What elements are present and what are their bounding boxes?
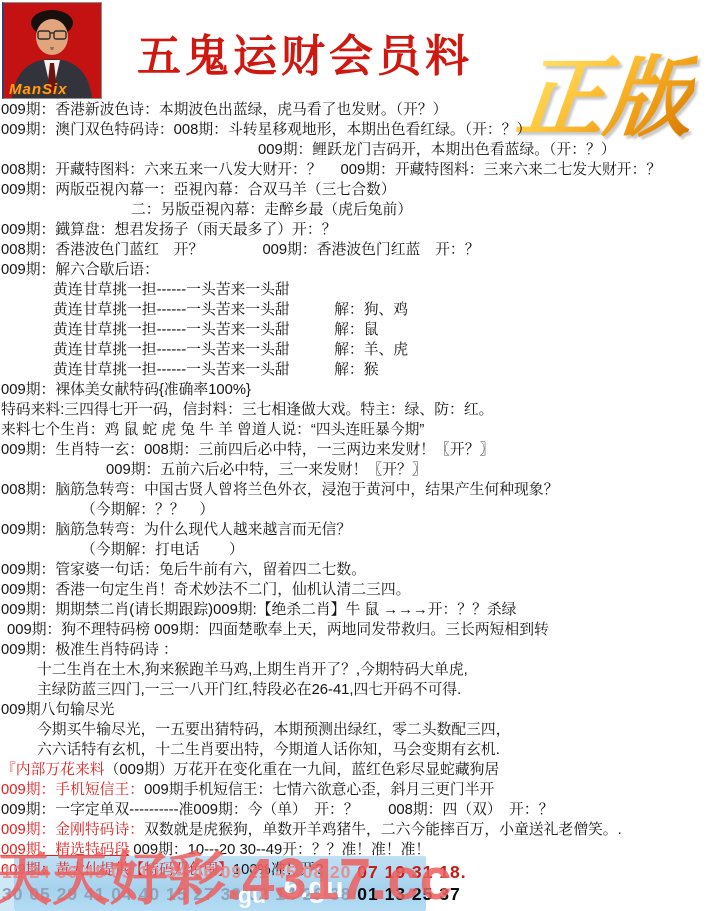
text-line: 二：另版亞視內幕：走醉乡最（虎后兔前） xyxy=(1,200,723,220)
text-line: 009期：手机短信王：009期手机短信王：七情六欲意心歪，斜月三更门半开 xyxy=(1,780,723,800)
line-text: 009期：澳门双色特码诗：008期：斗转星移观地形，本期出色看红绿。（开：？） xyxy=(1,122,531,138)
presenter-photo: ManSix xyxy=(2,2,102,99)
line-text: 009期：脑筋急转弯：为什么现代人越来越言而无信？ xyxy=(1,522,351,538)
text-line: 009期：生肖特一玄：008期：三前四后必中特，一三两边来发财！〖开？〗 xyxy=(1,440,723,460)
text-line: 今期买牛输尽光，一五要出猜特码，本期预测出绿红，零二头数配三四， xyxy=(1,720,723,740)
line-text: 主绿防蓝三四门,一三一八开门红,特段必在26-41,四七开码不可得. xyxy=(37,682,461,698)
line-text: 009期手机短信王：七情六欲意心歪，斜月三更门半开 xyxy=(144,782,494,798)
line-text: 今期买牛输尽光，一五要出猜特码，本期预测出绿红，零二头数配三四， xyxy=(37,722,511,738)
line-text: 十二生肖在土木,狗来猴跑羊马鸡,上期生肖开了？,今期特码大单虎, xyxy=(37,662,468,678)
text-line: 黄连甘草挑一担------一头苦来一头甜 解：羊、虎 xyxy=(1,340,723,360)
line-text: 009期：管家婆一句话：兔后牛前有六，留着四二七数。 xyxy=(1,562,366,578)
text-line: 008期：开藏特图料：六来五来一八发大财开：？ 009期：开藏特图料：三来六来二… xyxy=(1,160,723,180)
line-text: 009期八句输尽光 xyxy=(1,702,114,718)
text-line: 009期：裸体美女献特码{准确率100%} xyxy=(1,380,723,400)
line-text: 009期：狗不理特码榜 009期：四面楚歌奉上天，两地同发带救归。三长两短相到转 xyxy=(7,622,549,638)
line-text: 来料七个生肖：鸡 鼠 蛇 虎 兔 牛 羊 曾道人说：“四头连旺暴今期” xyxy=(1,422,424,438)
text-line: 『内部万花来料（009期）万花开在变化重在一九间，蓝红色彩尽显蛇藏狗居 xyxy=(1,760,723,780)
line-text: （今期解：？？ ） xyxy=(81,502,214,518)
line-text: 009期：解六合歇后语： xyxy=(1,262,159,278)
text-line: 009期：解六合歇后语： xyxy=(1,260,723,280)
text-line: 009期：一字定单双----------准009期：今（单） 开：？ 008期：… xyxy=(1,800,723,820)
text-line: 009期：澳门双色特码诗：008期：斗转星移观地形，本期出色看红绿。（开：？） xyxy=(1,120,723,140)
line-text: 009期：极准生肖特码诗 ： xyxy=(1,642,178,658)
text-line: 009期：香港新波色诗：本期波色出蓝绿，虎马看了也发财。（开？） xyxy=(1,100,723,120)
text-line: 009期：期期禁二肖(请长期跟踪)009期:【绝杀二肖】牛 鼠 →→→开：？？杀… xyxy=(1,600,723,620)
text-line: 009期：极准生肖特码诗 ： xyxy=(1,640,723,660)
text-line: 主绿防蓝三四门,一三一八开门红,特段必在26-41,四七开码不可得. xyxy=(1,680,723,700)
page: ManSix 五鬼运财会员料 正版 009期：香港新波色诗：本期波色出蓝绿，虎马… xyxy=(0,0,723,911)
line-text: 六六话特有玄机，十二生肖要出特，今期道人话你知，马会变期有玄机. xyxy=(37,742,500,758)
photo-caption: ManSix xyxy=(9,81,68,98)
line-text: 009期：生肖特一玄：008期：三前四后必中特，一三两边来发财！〖开？〗 xyxy=(1,442,494,458)
line-red-label: 009期：手机短信王： xyxy=(1,782,144,798)
line-text: 009期：香港一句定生肖！奇术妙法不二门，仙机认清二三四。 xyxy=(1,582,410,598)
line-text: 黄连甘草挑一担------一头苦来一头甜 解：狗、鸡 xyxy=(53,302,408,318)
line-text: （今期解：打电话 ） xyxy=(81,542,244,558)
line-text: 009期：两版亞視內幕一：亞視內幕：合双马羊（三七合数） xyxy=(1,182,396,198)
line-text: 特码来料:三四得七开一码，信封料：三七相逢做大戏。特主：绿、防：红。 xyxy=(1,402,493,418)
text-line: 009期：鲤跃龙门吉码开，本期出色看蓝绿。（开：？） xyxy=(1,140,723,160)
line-text: 008期：开藏特图料：六来五来一八发大财开：？ 009期：开藏特图料：三来六来二… xyxy=(1,162,661,178)
text-line: 009期：狗不理特码榜 009期：四面楚歌奉上天，两地同发带救归。三长两短相到转 xyxy=(1,620,723,640)
content-lines: 009期：香港新波色诗：本期波色出蓝绿，虎马看了也发财。（开？）009期：澳门双… xyxy=(1,100,723,880)
site-watermark: 天天好彩.4317.cc xyxy=(0,832,452,911)
line-text: 009期：期期禁二肖(请长期跟踪)009期:【绝杀二肖】牛 鼠 →→→开：？？杀… xyxy=(1,602,516,618)
line-text: 009期：香港新波色诗：本期波色出蓝绿，虎马看了也发财。（开？） xyxy=(1,102,447,118)
text-line: 黄连甘草挑一担------一头苦来一头甜 xyxy=(1,280,723,300)
text-line: 009期：香港一句定生肖！奇术妙法不二门，仙机认清二三四。 xyxy=(1,580,723,600)
line-text: 009期：五前六后必中特，三一来发财！〖开？〗 xyxy=(106,462,427,478)
line-text: 009期：鲤跃龙门吉码开，本期出色看蓝绿。（开：？） xyxy=(258,142,616,158)
line-text: 黄连甘草挑一担------一头苦来一头甜 解：羊、虎 xyxy=(53,342,408,358)
text-line: 009期：五前六后必中特，三一来发财！〖开？〗 xyxy=(1,460,723,480)
text-line: 六六话特有玄机，十二生肖要出特，今期道人话你知，马会变期有玄机. xyxy=(1,740,723,760)
text-line: 黄连甘草挑一担------一头苦来一头甜 解：狗、鸡 xyxy=(1,300,723,320)
line-text: 009期：鐡算盘：想君发扬子（雨天最多了）开：？ xyxy=(1,222,336,238)
line-text: 009期：裸体美女献特码{准确率100%} xyxy=(1,382,251,398)
text-line: 009期：鐡算盘：想君发扬子（雨天最多了）开：？ xyxy=(1,220,723,240)
text-line: 十二生肖在土木,狗来猴跑羊马鸡,上期生肖开了？,今期特码大单虎, xyxy=(1,660,723,680)
text-line: 来料七个生肖：鸡 鼠 蛇 虎 兔 牛 羊 曾道人说：“四头连旺暴今期” xyxy=(1,420,723,440)
text-line: 009期：脑筋急转弯：为什么现代人越来越言而无信？ xyxy=(1,520,723,540)
line-text: 008期：香港波色门蓝红 开？ 009期：香港波色门红蓝 开：？ xyxy=(1,242,480,258)
line-text: 二：另版亞視內幕：走醉乡最（虎后兔前） xyxy=(131,202,412,218)
text-line: 黄连甘草挑一担------一头苦来一头甜 解：鼠 xyxy=(1,320,723,340)
text-line: （今期解：打电话 ） xyxy=(1,540,723,560)
line-text: 黄连甘草挑一担------一头苦来一头甜 解：鼠 xyxy=(53,322,379,338)
line-text: 009期：一字定单双----------准009期：今（单） 开：？ 008期：… xyxy=(1,802,553,818)
page-title: 五鬼运财会员料 xyxy=(137,20,473,84)
line-text: 黄连甘草挑一担------一头苦来一头甜 解：猴 xyxy=(53,362,379,378)
text-line: 009期：两版亞視內幕一：亞視內幕：合双马羊（三七合数） xyxy=(1,180,723,200)
line-text: 008期：脑筋急转弯：中国古贤人曾将兰色外衣，浸泡于黄河中，结果产生何种现象？ xyxy=(1,482,558,498)
text-line: 黄连甘草挑一担------一头苦来一头甜 解：猴 xyxy=(1,360,723,380)
text-line: 008期：香港波色门蓝红 开？ 009期：香港波色门红蓝 开：？ xyxy=(1,240,723,260)
text-line: 009期：管家婆一句话：兔后牛前有六，留着四二七数。 xyxy=(1,560,723,580)
text-line: （今期解：？？ ） xyxy=(1,500,723,520)
text-line: 008期：脑筋急转弯：中国古贤人曾将兰色外衣，浸泡于黄河中，结果产生何种现象？ xyxy=(1,480,723,500)
line-text: （009期）万花开在变化重在一九间，蓝红色彩尽显蛇藏狗居 xyxy=(105,762,500,778)
line-text: 黄连甘草挑一担------一头苦来一头甜 xyxy=(53,282,290,298)
line-red-label: 『内部万花来料 xyxy=(1,762,105,778)
text-line: 009期八句输尽光 xyxy=(1,700,723,720)
text-line: 特码来料:三四得七开一码，信封料：三七相逢做大戏。特主：绿、防：红。 xyxy=(1,400,723,420)
